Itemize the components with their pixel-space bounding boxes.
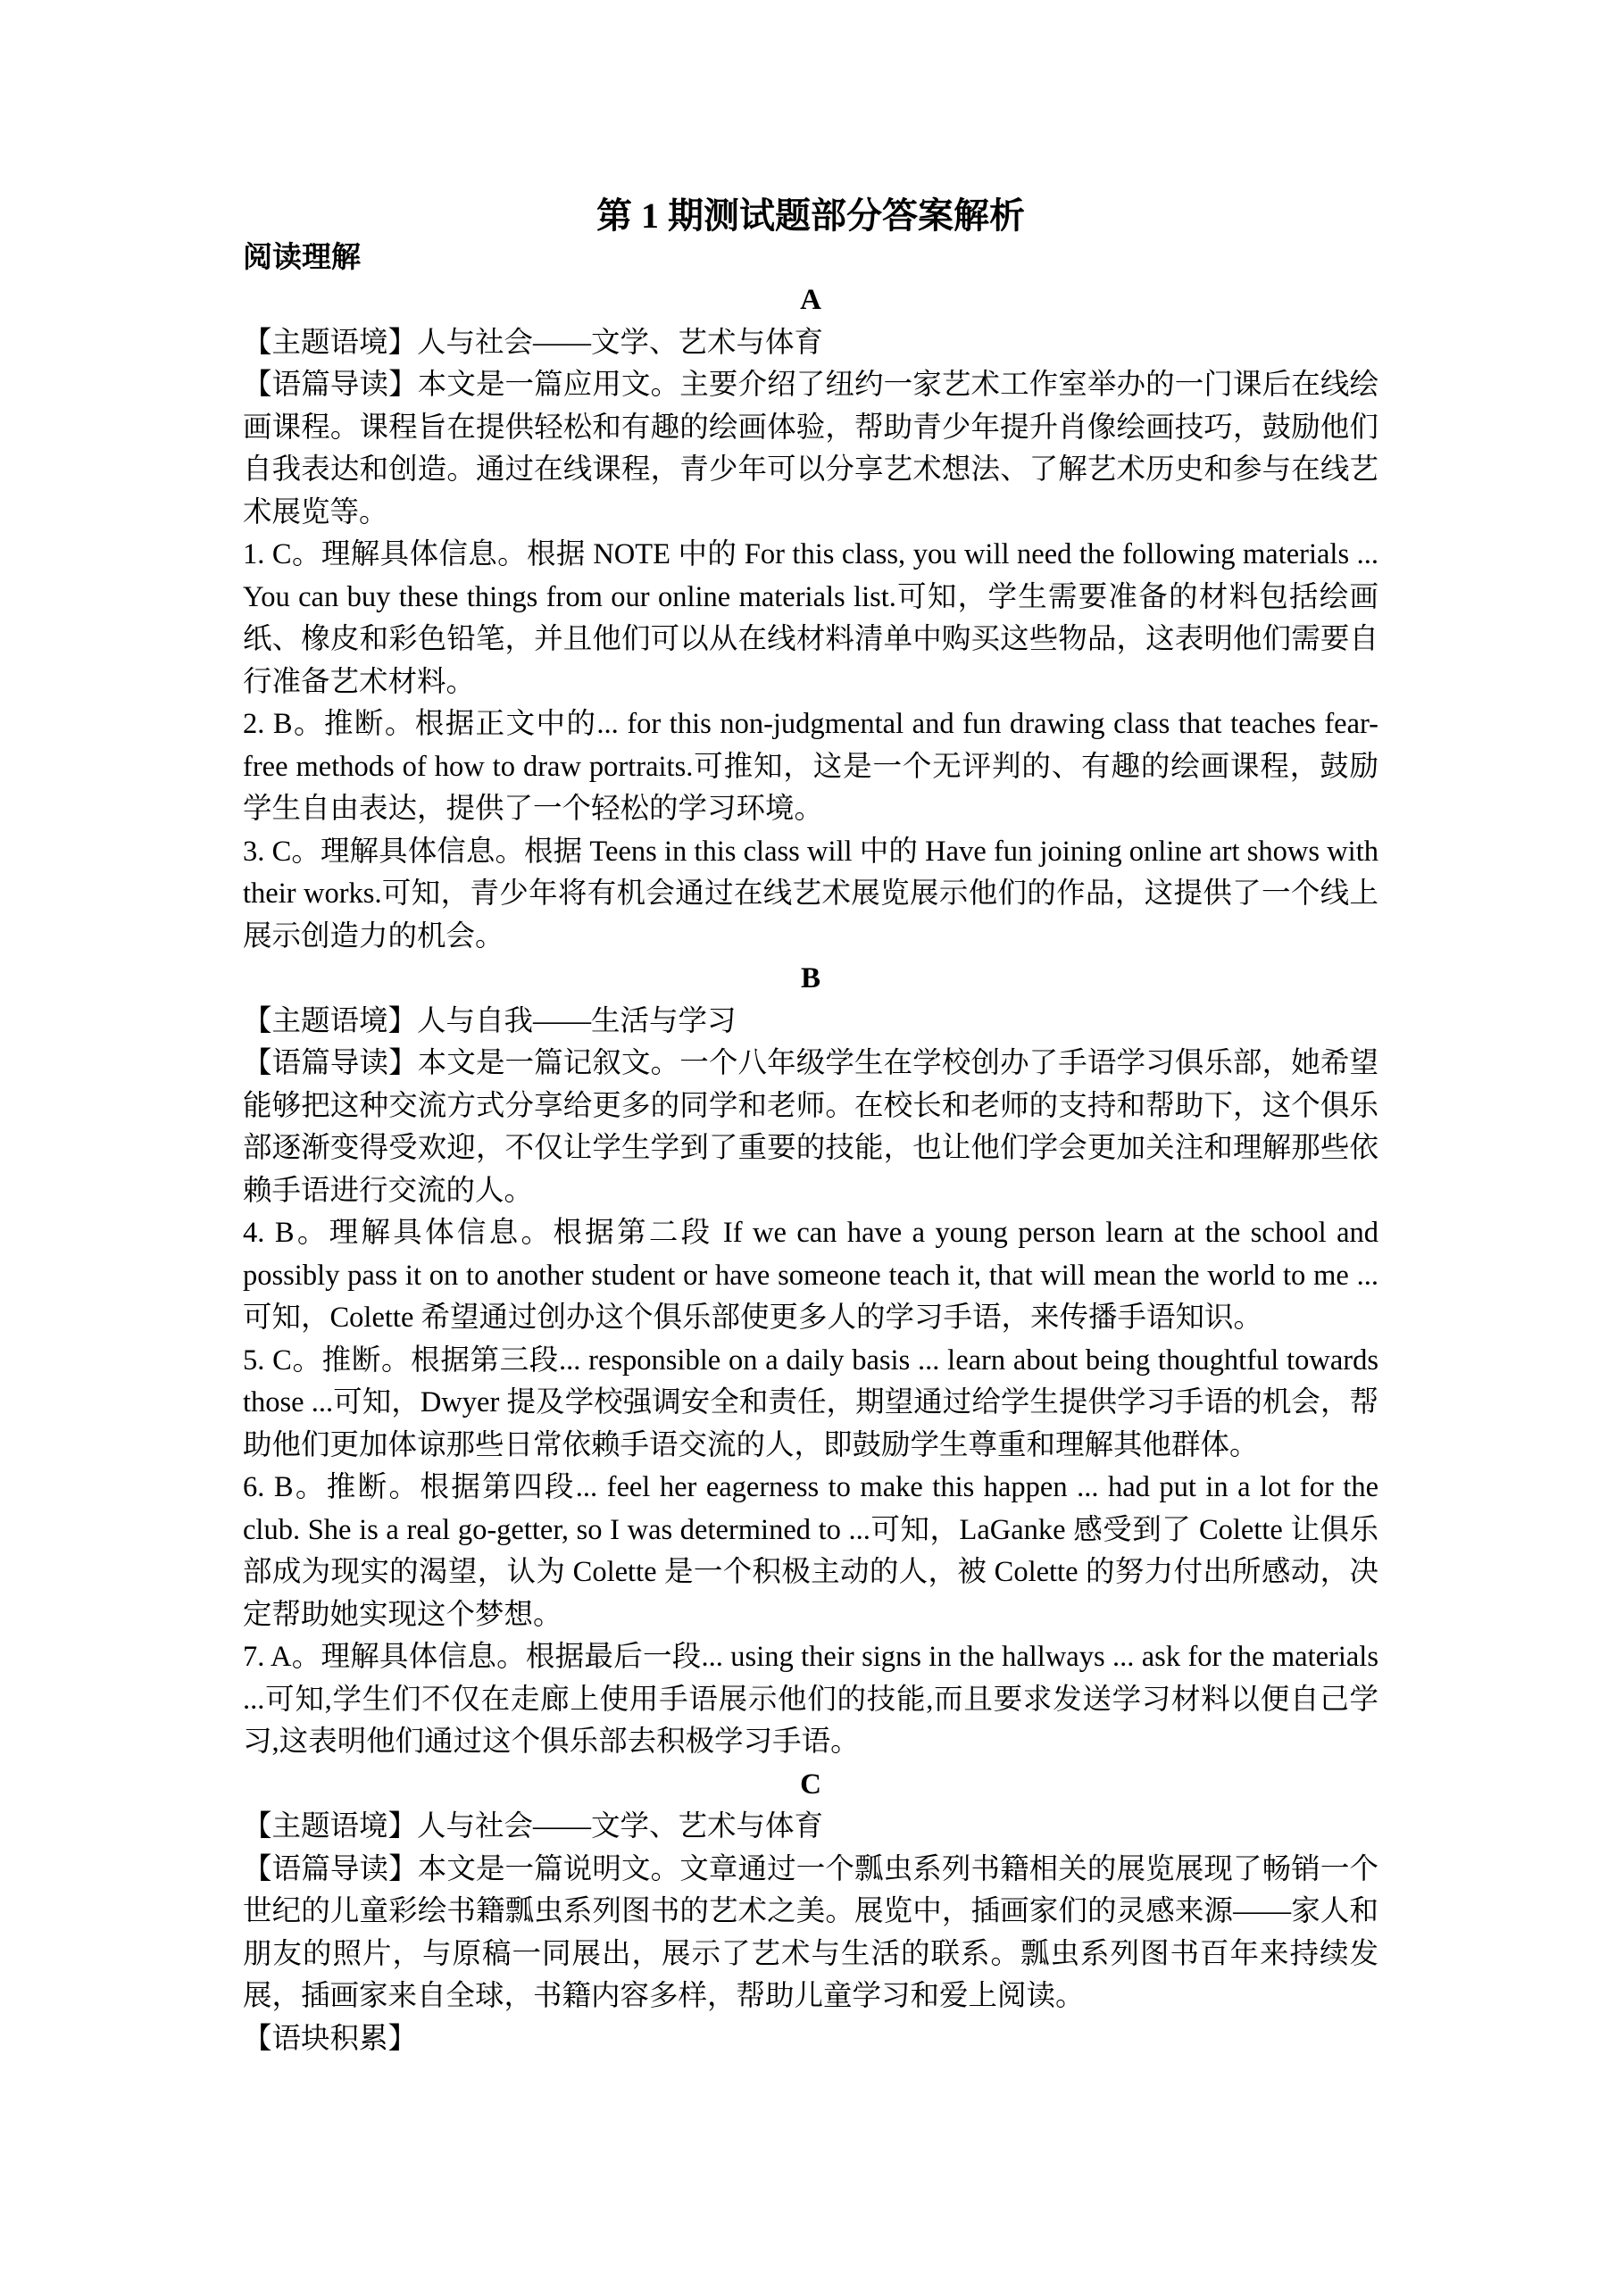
answer-item-2: 2. B。推断。根据正文中的... for this non-judgmenta… bbox=[243, 703, 1378, 831]
answer-item-1: 1. C。理解具体信息。根据 NOTE 中的 For this class, y… bbox=[243, 534, 1378, 703]
page-title: 第 1 期测试题部分答案解析 bbox=[243, 195, 1378, 237]
passage-a-theme: 【主题语境】人与社会——文学、艺术与体育 bbox=[243, 322, 1378, 365]
document-page: 第 1 期测试题部分答案解析 阅读理解 A 【主题语境】人与社会——文学、艺术与… bbox=[0, 0, 1624, 2296]
passage-a-label: A bbox=[243, 279, 1378, 322]
passage-b-label: B bbox=[243, 958, 1378, 1001]
passage-c-label: C bbox=[243, 1764, 1378, 1807]
chunk-accumulation-label: 【语块积累】 bbox=[243, 2018, 1378, 2061]
answer-item-6: 6. B。推断。根据第四段... feel her eagerness to m… bbox=[243, 1467, 1378, 1636]
document-content: 第 1 期测试题部分答案解析 阅读理解 A 【主题语境】人与社会——文学、艺术与… bbox=[243, 195, 1378, 2060]
answer-item-3: 3. C。理解具体信息。根据 Teens in this class will … bbox=[243, 831, 1378, 959]
answer-item-4: 4. B。理解具体信息。根据第二段 If we can have a young… bbox=[243, 1212, 1378, 1340]
passage-c-intro: 【语篇导读】本文是一篇说明文。文章通过一个瓢虫系列书籍相关的展览展现了畅销一个世… bbox=[243, 1849, 1378, 2018]
passage-c-theme: 【主题语境】人与社会——文学、艺术与体育 bbox=[243, 1806, 1378, 1849]
section-heading-reading-comprehension: 阅读理解 bbox=[243, 237, 1378, 280]
passage-b-intro: 【语篇导读】本文是一篇记叙文。一个八年级学生在学校创办了手语学习俱乐部，她希望能… bbox=[243, 1043, 1378, 1212]
answer-item-5: 5. C。推断。根据第三段... responsible on a daily … bbox=[243, 1340, 1378, 1468]
passage-a-intro: 【语篇导读】本文是一篇应用文。主要介绍了纽约一家艺术工作室举办的一门课后在线绘画… bbox=[243, 364, 1378, 534]
passage-b-theme: 【主题语境】人与自我——生活与学习 bbox=[243, 1001, 1378, 1044]
answer-item-7: 7. A。理解具体信息。根据最后一段... using their signs … bbox=[243, 1636, 1378, 1764]
